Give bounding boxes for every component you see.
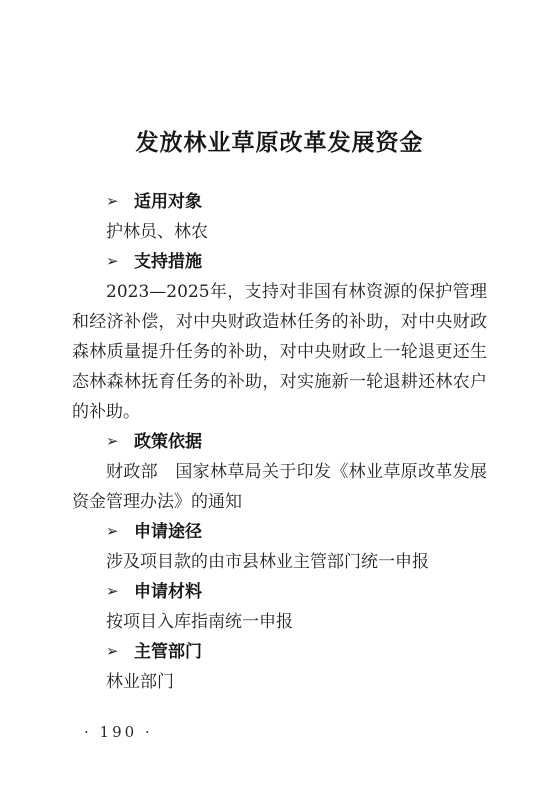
arrow-bullet-icon: ➢ xyxy=(106,636,126,666)
section-body-support-measures: 2023—2025年，支持对非国有林资源的保护管理和经济补偿，对中央财政造林任务… xyxy=(72,277,487,427)
document-page: 发放林业草原改革发展资金 ➢适用对象 护林员、林农 ➢支持措施 2023—202… xyxy=(0,0,559,793)
section-heading-label: 主管部门 xyxy=(134,642,202,662)
section-body-policy-basis: 财政部 国家林草局关于印发《林业草原改革发展资金管理办法》的通知 xyxy=(72,457,487,517)
section-heading-competent-department: ➢主管部门 xyxy=(72,637,487,667)
section-heading-label: 申请途径 xyxy=(134,522,202,542)
page-number: · 190 · xyxy=(84,723,153,741)
arrow-bullet-icon: ➢ xyxy=(106,516,126,546)
section-heading-label: 申请材料 xyxy=(134,582,202,602)
arrow-bullet-icon: ➢ xyxy=(106,426,126,456)
page-title: 发放林业草原改革发展资金 xyxy=(0,124,559,157)
section-body-competent-department: 林业部门 xyxy=(72,667,487,697)
section-body-application-route: 涉及项目款的由市县林业主管部门统一申报 xyxy=(72,547,487,577)
document-content: ➢适用对象 护林员、林农 ➢支持措施 2023—2025年，支持对非国有林资源的… xyxy=(72,187,487,697)
section-heading-label: 适用对象 xyxy=(134,192,202,212)
section-heading-label: 支持措施 xyxy=(134,252,202,272)
section-heading-support-measures: ➢支持措施 xyxy=(72,247,487,277)
section-heading-applicable-object: ➢适用对象 xyxy=(72,187,487,217)
arrow-bullet-icon: ➢ xyxy=(106,186,126,216)
section-heading-application-materials: ➢申请材料 xyxy=(72,577,487,607)
section-body-application-materials: 按项目入库指南统一申报 xyxy=(72,607,487,637)
section-heading-policy-basis: ➢政策依据 xyxy=(72,427,487,457)
section-heading-application-route: ➢申请途径 xyxy=(72,517,487,547)
section-heading-label: 政策依据 xyxy=(134,432,202,452)
section-body-applicable-object: 护林员、林农 xyxy=(72,217,487,247)
arrow-bullet-icon: ➢ xyxy=(106,246,126,276)
arrow-bullet-icon: ➢ xyxy=(106,576,126,606)
